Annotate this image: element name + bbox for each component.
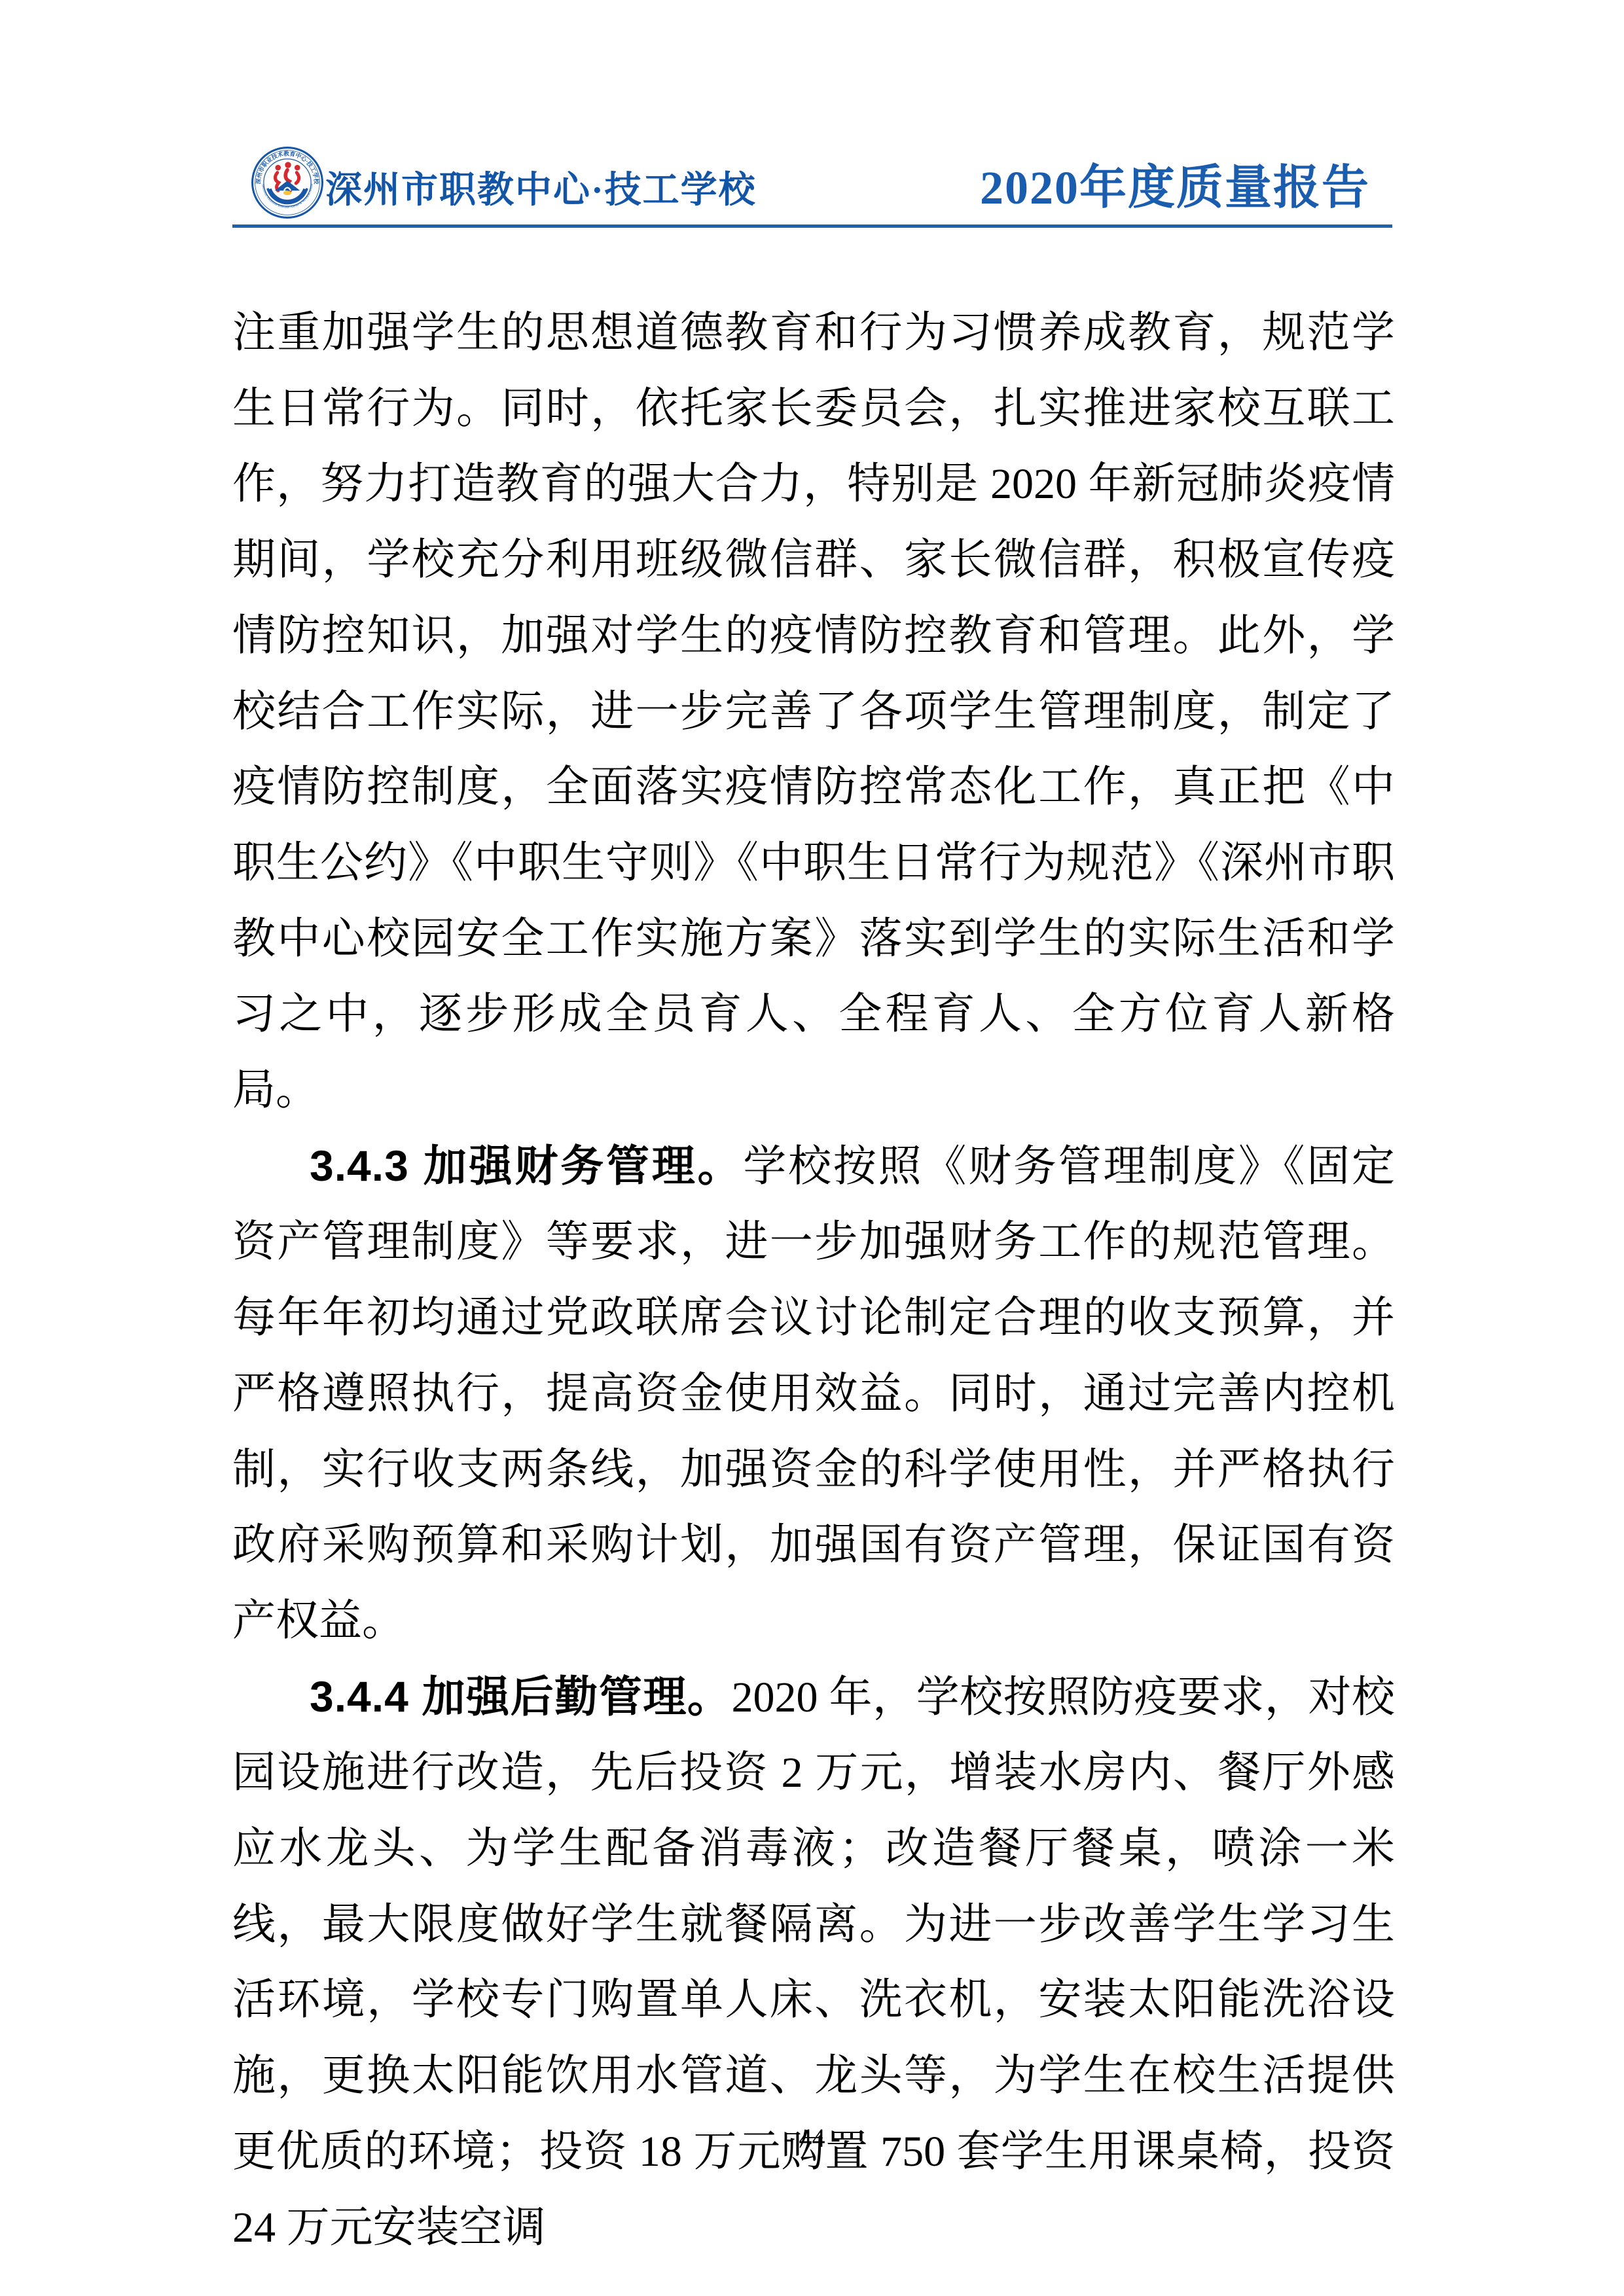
section-heading-3-4-3: 3.4.3 加强财务管理。 [310, 1141, 743, 1190]
paragraph-text: 2020 年，学校按照防疫要求，对校园设施进行改造，先后投资 2 万元，增装水房… [232, 1674, 1395, 2251]
paragraph-text: 学校按照《财务管理制度》《固定资产管理制度》等要求，进一步加强财务工作的规范管理… [232, 1143, 1395, 1645]
page-number: - 44 - [0, 2123, 1624, 2153]
school-seal-icon: 深州市职业技术教育中心·技工学校 Shenzhou Vocational Edu… [251, 146, 324, 219]
section-heading-3-4-4: 3.4.4 加强后勤管理。 [310, 1672, 731, 1721]
paragraph-text: 注重加强学生的思想道德教育和行为习惯养成教育，规范学生日常行为。同时，依托家长委… [232, 309, 1395, 1114]
paragraph-student-education: 注重加强学生的思想道德教育和行为习惯养成教育，规范学生日常行为。同时，依托家长委… [232, 295, 1395, 1128]
paragraph-logistics-management: 3.4.4 加强后勤管理。2020 年，学校按照防疫要求，对校园设施进行改造，先… [232, 1659, 1395, 2266]
header-school-name: 深州市职教中心·技工学校 [325, 161, 757, 213]
header-divider [232, 224, 1392, 228]
document-page: 深州市职业技术教育中心·技工学校 Shenzhou Vocational Edu… [0, 0, 1624, 2296]
paragraph-finance-management: 3.4.3 加强财务管理。学校按照《财务管理制度》《固定资产管理制度》等要求，进… [232, 1128, 1395, 1659]
header-report-title: 2020年度质量报告 [980, 149, 1370, 217]
document-body: 注重加强学生的思想道德教育和行为习惯养成教育，规范学生日常行为。同时，依托家长委… [232, 295, 1395, 2265]
